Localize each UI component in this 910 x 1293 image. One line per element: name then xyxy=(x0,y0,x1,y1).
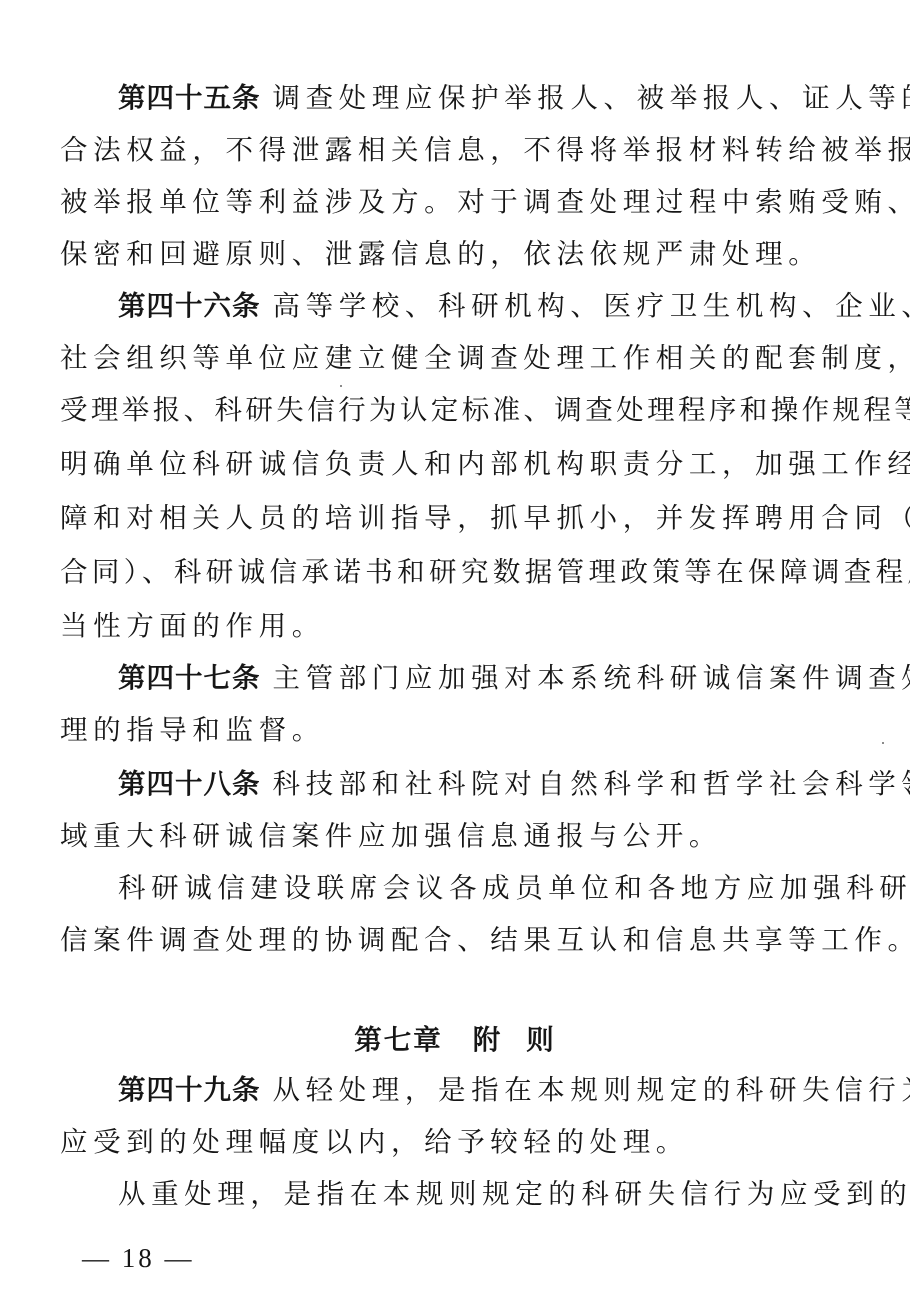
paragraph-line-1: 科研诚信建设联席会议各成员单位和各地方应加强科研诚 xyxy=(118,868,840,908)
article-46-line-6: 合同）、科研诚信承诺书和研究数据管理政策等在保障调查程序正 xyxy=(60,552,840,592)
article-heading: 第四十七条 xyxy=(118,662,261,694)
scan-speck xyxy=(340,385,342,387)
article-heading: 第四十八条 xyxy=(118,768,261,800)
paragraph-line-2: 信案件调查处理的协调配合、结果互认和信息共享等工作。 xyxy=(60,920,840,960)
chapter-title-part-1: 附 xyxy=(473,1024,503,1056)
article-46-line-1: 第四十六条高等学校、科研机构、医疗卫生机构、企业、 xyxy=(118,286,840,326)
article-text: 从轻处理，是指在本规则规定的科研失信行为 xyxy=(273,1074,910,1106)
article-49-line-2: 应受到的处理幅度以内，给予较轻的处理。 xyxy=(60,1122,840,1162)
article-text: 高等学校、科研机构、医疗卫生机构、企业、 xyxy=(273,290,910,322)
article-heading: 第四十六条 xyxy=(118,290,261,322)
article-48-line-2: 域重大科研诚信案件应加强信息通报与公开。 xyxy=(60,816,840,856)
article-45-line-4: 保密和回避原则、泄露信息的，依法依规严肃处理。 xyxy=(60,234,840,274)
article-46-line-2: 社会组织等单位应建立健全调查处理工作相关的配套制度，细化 xyxy=(60,338,840,378)
heavier-treatment-line-1: 从重处理，是指在本规则规定的科研失信行为应受到的处理 xyxy=(118,1174,840,1214)
scan-speck xyxy=(882,742,884,744)
chapter-number: 第七章 xyxy=(354,1024,443,1056)
article-47-line-1: 第四十七条主管部门应加强对本系统科研诚信案件调查处 xyxy=(118,658,840,698)
article-46-line-7: 当性方面的作用。 xyxy=(60,606,840,646)
article-45-line-1: 第四十五条调查处理应保护举报人、被举报人、证人等的 xyxy=(118,78,840,118)
article-49-line-1: 第四十九条从轻处理，是指在本规则规定的科研失信行为 xyxy=(118,1070,840,1110)
article-45-line-3: 被举报单位等利益涉及方。对于调查处理过程中索贿受贿、违反 xyxy=(60,182,840,222)
article-heading: 第四十五条 xyxy=(118,82,261,114)
article-text: 调查处理应保护举报人、被举报人、证人等的 xyxy=(273,82,910,114)
article-46-line-5: 障和对相关人员的培训指导，抓早抓小，并发挥聘用合同（劳动 xyxy=(60,498,840,538)
chapter-heading: 第七章附则 xyxy=(0,1020,910,1060)
scan-speck xyxy=(850,108,852,110)
document-page: 第四十五条调查处理应保护举报人、被举报人、证人等的 合法权益，不得泄露相关信息，… xyxy=(0,0,910,1293)
article-46-line-3: 受理举报、科研失信行为认定标准、调查处理程序和操作规程等， xyxy=(60,390,840,430)
page-number: — 18 — xyxy=(82,1240,195,1276)
article-heading: 第四十九条 xyxy=(118,1074,261,1106)
article-47-line-2: 理的指导和监督。 xyxy=(60,710,840,750)
article-46-line-4: 明确单位科研诚信负责人和内部机构职责分工，加强工作经费保 xyxy=(60,444,840,484)
article-48-line-1: 第四十八条科技部和社科院对自然科学和哲学社会科学领 xyxy=(118,764,840,804)
article-text: 科技部和社科院对自然科学和哲学社会科学领 xyxy=(273,768,910,800)
article-45-line-2: 合法权益，不得泄露相关信息，不得将举报材料转给被举报人或 xyxy=(60,130,840,170)
chapter-title-part-2: 则 xyxy=(526,1024,556,1056)
article-text: 主管部门应加强对本系统科研诚信案件调查处 xyxy=(273,662,910,694)
